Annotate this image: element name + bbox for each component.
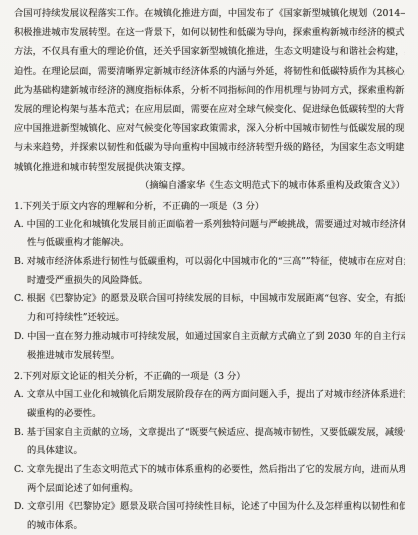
option-continuation-line: 极推进城市发展转型。	[27, 347, 405, 366]
option-label: D.	[14, 331, 24, 342]
option-first-line: C.文章先提出了生态文明范式下的城市体系重构的必要性，然后指出了它的发展方向，进…	[14, 461, 405, 480]
option-continuation-line: 力和可持续性”还较远。	[27, 309, 405, 328]
option-text: 对城市经济体系进行韧性与低碳重构，可以弱化中国城市化的“三高””特征，使城市在应…	[27, 256, 405, 267]
option-label: B.	[14, 256, 24, 267]
option-first-line: A.文章从中国工业化和城镇化后期发展阶段存在的两方面问题入手，提出了对城市经济体…	[14, 386, 405, 405]
options-list: A.中国的工业化和城镇化发展目前正面临着一系列独特问题与严峻挑战，需要通过对城市…	[14, 216, 405, 366]
option-text: 文章先提出了生态文明范式下的城市体系重构的必要性，然后指出了它的发展方向，进而从…	[27, 464, 405, 475]
option-row: D.中国一直在努力推动城市可持续发展，如通过国家自主贡献方式确立了到 2030 …	[14, 328, 405, 365]
questions-section: 1.下列关于原文内容的理解和分析，不正确的一项是（3 分） A.中国的工业化和城…	[14, 198, 405, 535]
exam-page: 合国可持续发展议程落实工作。在城镇化推进方面，中国发布了《国家新型城镇化规划（2…	[0, 0, 418, 535]
option-label: A.	[14, 389, 24, 400]
passage: 合国可持续发展议程落实工作。在城镇化推进方面，中国发布了《国家新型城镇化规划（2…	[14, 4, 405, 177]
option-continuation-line: 时遭受严重损失的风险降低。	[27, 272, 405, 291]
option-row: C.文章先提出了生态文明范式下的城市体系重构的必要性，然后指出了它的发展方向，进…	[14, 461, 405, 498]
question-stem: 1.下列关于原文内容的理解和分析，不正确的一项是（3 分）	[14, 198, 405, 216]
option-continuation-line: 的具体建议。	[27, 442, 405, 461]
option-text: 根据《巴黎协定》的愿景及联合国可持续发展的目标，中国城市发展距离“包容、安全，有…	[27, 293, 405, 304]
passage-line: 积极推进城市发展转型。在这一背景下，如何以韧性和低碳为导向，探索重构新城市经济的…	[14, 23, 405, 42]
option-row: B.对城市经济体系进行韧性与低碳重构，可以弱化中国城市化的“三高””特征，使城市…	[14, 253, 405, 290]
passage-line: 应中国推进新型城镇化、应对气候变化等国家政策需求，深入分析中国城市韧性与低碳发展…	[14, 119, 405, 138]
options-list: A.文章从中国工业化和城镇化后期发展阶段存在的两方面问题入手，提出了对城市经济体…	[14, 386, 405, 535]
option-label: A.	[14, 219, 24, 230]
option-label: C.	[14, 464, 24, 475]
passage-line: 城镇化推进和城市转型发展提供决策支撑。	[14, 158, 405, 177]
option-label: C.	[14, 293, 24, 304]
question-stem: 2.下列对原文论证的相关分析，不正确的一项是（3 分）	[14, 368, 405, 386]
question-block: 2.下列对原文论证的相关分析，不正确的一项是（3 分） A.文章从中国工业化和城…	[14, 368, 405, 535]
option-row: D.文章引用《巴黎协定》愿景及联合国可持续性目标，论述了中国为什么及怎样重构以韧…	[14, 498, 405, 535]
passage-line: 合国可持续发展议程落实工作。在城镇化推进方面，中国发布了《国家新型城镇化规划（2…	[14, 4, 405, 23]
option-first-line: A.中国的工业化和城镇化发展目前正面临着一系列独特问题与严峻挑战，需要通过对城市…	[14, 216, 405, 235]
option-continuation-line: 两个层面论述了如何重构。	[27, 480, 405, 499]
option-row: A.文章从中国工业化和城镇化后期发展阶段存在的两方面问题入手，提出了对城市经济体…	[14, 386, 405, 423]
option-label: D.	[14, 501, 24, 512]
passage-line: 发展的理论构架与基本范式；在应用层面，需要在应对全球气候变化、促进绿色低碳转型的…	[14, 100, 405, 119]
option-continuation-line: 性与低碳重构才能解决。	[27, 234, 405, 253]
option-continuation-line: 的城市体系。	[27, 517, 405, 535]
option-text: 文章从中国工业化和城镇化后期发展阶段存在的两方面问题入手，提出了对城市经济体系进…	[27, 389, 405, 400]
passage-line: 方法，不仅具有重大的理论价值，还关乎国家新型城镇化推进，生态文明建设与和谐社会构…	[14, 42, 405, 61]
option-continuation-line: 碳重构的必要性。	[27, 405, 405, 424]
question-block: 1.下列关于原文内容的理解和分析，不正确的一项是（3 分） A.中国的工业化和城…	[14, 198, 405, 366]
passage-line: 此为基础构建新城市经济的测度指标体系，分析不同指标间的作用机理与协同方式，探索重…	[14, 81, 405, 100]
passage-citation: （摘编自潘家华《生态文明范式下的城市体系重构及政策含义》）	[14, 177, 405, 195]
option-first-line: D.中国一直在努力推动城市可持续发展，如通过国家自主贡献方式确立了到 2030 …	[14, 328, 405, 347]
option-row: C.根据《巴黎协定》的愿景及联合国可持续发展的目标，中国城市发展距离“包容、安全…	[14, 290, 405, 327]
option-row: A.中国的工业化和城镇化发展目前正面临着一系列独特问题与严峻挑战，需要通过对城市…	[14, 216, 405, 253]
option-text: 中国的工业化和城镇化发展目前正面临着一系列独特问题与严峻挑战，需要通过对城市经济…	[27, 219, 405, 230]
option-first-line: D.文章引用《巴黎协定》愿景及联合国可持续性目标，论述了中国为什么及怎样重构以韧…	[14, 498, 405, 517]
option-text: 基于国家自主贡献的立场，文章提出了“既要气候适应、提高城市韧性，又要低碳发展，减…	[27, 427, 405, 438]
option-text: 中国一直在努力推动城市可持续发展，如通过国家自主贡献方式确立了到 2030 年的…	[27, 331, 405, 342]
passage-line: 与未来趋势，并探索以韧性和低碳为导向重构中国城市经济转型升级的路径，为国家生态文…	[14, 138, 405, 157]
option-text: 文章引用《巴黎协定》愿景及联合国可持续性目标，论述了中国为什么及怎样重构以韧性和…	[27, 501, 405, 512]
option-first-line: B.基于国家自主贡献的立场，文章提出了“既要气候适应、提高城市韧性，又要低碳发展…	[14, 424, 405, 443]
option-first-line: B.对城市经济体系进行韧性与低碳重构，可以弱化中国城市化的“三高””特征，使城市…	[14, 253, 405, 272]
option-first-line: C.根据《巴黎协定》的愿景及联合国可持续发展的目标，中国城市发展距离“包容、安全…	[14, 290, 405, 309]
option-row: B.基于国家自主贡献的立场，文章提出了“既要气候适应、提高城市韧性，又要低碳发展…	[14, 424, 405, 461]
option-label: B.	[14, 427, 24, 438]
passage-line: 迫性。在理论层面，需要清晰界定新城市经济体系的内涵与外延，将韧性和低碳特质作为其…	[14, 62, 405, 81]
